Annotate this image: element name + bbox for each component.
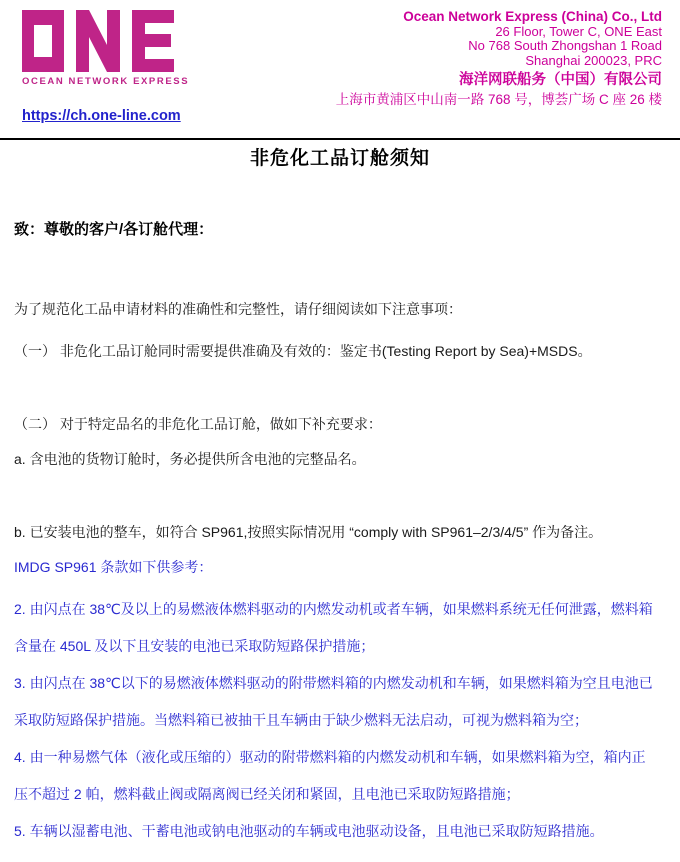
salutation: 致：尊敬的客户/各订舱代理： (14, 218, 213, 239)
body-line-sp961-2-cont: 含量在 450L 及以下且安装的电池已采取防短路保护措施； (14, 637, 676, 656)
company-address-line: Shanghai 200023, PRC (336, 54, 662, 69)
body-line-sp961-5: 5. 车辆以湿蓄电池、干蓄电池或钠电池驱动的车辆或电池驱动设备，且电池已采取防短… (14, 822, 676, 841)
company-address-line: 26 Floor, Tower C, ONE East (336, 25, 662, 40)
one-logo-icon (22, 10, 174, 72)
company-address-line: No 768 South Zhongshan 1 Road (336, 39, 662, 54)
company-name-cn: 海洋网联船务（中国）有限公司 (336, 70, 662, 90)
website-link[interactable]: https://ch.one-line.com (22, 108, 181, 124)
body-line-intro: 为了规范化工品申请材料的准确性和完整性，请仔细阅读如下注意事项： (14, 300, 676, 319)
body-line-sp961-3-cont: 采取防短路保护措施。当燃料箱已被抽干且车辆由于缺少燃料无法启动，可视为燃料箱为空… (14, 711, 676, 730)
document-page: OCEAN NETWORK EXPRESS https://ch.one-lin… (0, 0, 680, 862)
body-line-item-2a: a. 含电池的货物订舱时，务必提供所含电池的完整品名。 (14, 450, 676, 469)
one-logo-tagline: OCEAN NETWORK EXPRESS (22, 76, 178, 87)
header-divider (0, 138, 680, 140)
body-line-imdg-ref: IMDG SP961 条款如下供参考： (14, 558, 676, 577)
body-line-sp961-4: 4. 由一种易燃气体（液化或压缩的）驱动的附带燃料箱的内燃发动机和车辆，如果燃料… (14, 748, 676, 767)
page-title: 非危化工品订舱须知 (0, 143, 680, 170)
company-info: Ocean Network Express (China) Co., Ltd 2… (336, 10, 662, 109)
body-line-item-2: （二） 对于特定品名的非危化工品订舱，做如下补充要求： (14, 415, 676, 434)
body-line-item-2b: b. 已安装电池的整车，如符合 SP961,按照实际情况用 “comply wi… (14, 523, 676, 542)
body-line-sp961-2: 2. 由闪点在 38℃及以上的易燃液体燃料驱动的内燃发动机或者车辆，如果燃料系统… (14, 600, 676, 619)
one-logo: OCEAN NETWORK EXPRESS (22, 10, 178, 87)
company-name-en: Ocean Network Express (China) Co., Ltd (336, 10, 662, 25)
body-line-item-1: （一） 非危化工品订舱同时需要提供准确及有效的：鉴定书(Testing Repo… (14, 342, 676, 361)
body-line-sp961-3: 3. 由闪点在 38℃以下的易燃液体燃料驱动的附带燃料箱的内燃发动机和车辆，如果… (14, 674, 676, 693)
company-address-cn: 上海市黄浦区中山南一路 768 号，博荟广场 C 座 26 楼 (336, 90, 662, 109)
body-line-sp961-4-cont: 压不超过 2 帕，燃料截止阀或隔离阀已经关闭和紧固，且电池已采取防短路措施； (14, 785, 676, 804)
